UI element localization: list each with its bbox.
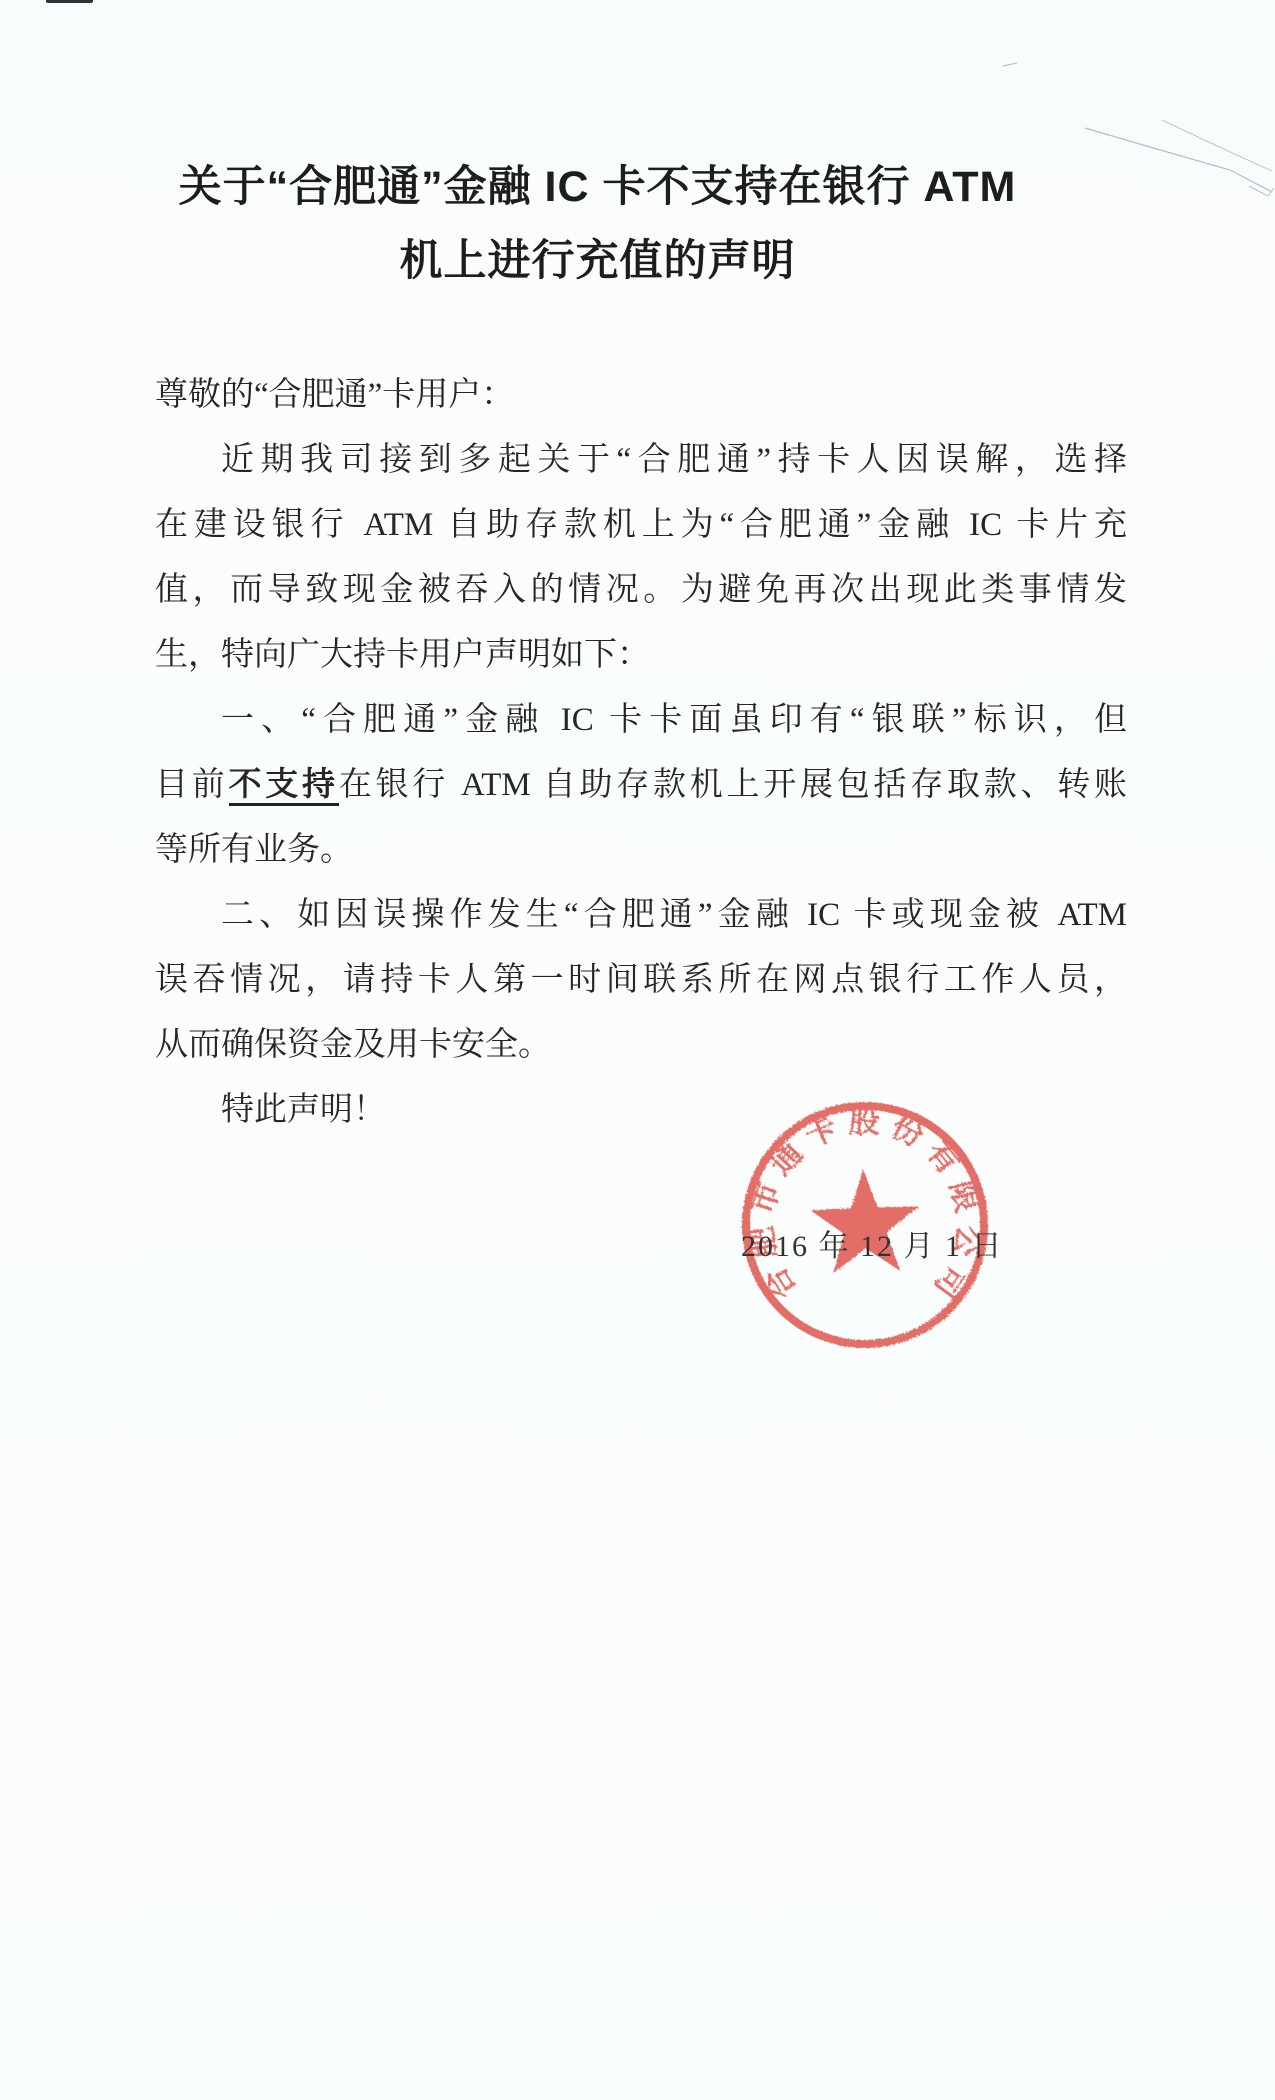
body-line: 一、“合肥通”金融 IC 卡卡面虽印有“银联”标识，但	[155, 688, 1127, 753]
body-line: 误吞情况，请持卡人第一时间联系所在网点银行工作人员，	[155, 948, 1127, 1013]
body-line: 值，而导致现金被吞入的情况。为避免再次出现此类事情发	[155, 558, 1127, 623]
emphasis-suffix: 在银行 ATM 自助存款机上开展包括存取款、转账	[339, 767, 1127, 803]
body-line: 等所有业务。	[155, 818, 1127, 883]
document-date: 2016 年 12 月 1 日	[741, 1221, 1004, 1265]
body-line: 生，特向广大持卡用户声明如下：	[155, 623, 1127, 688]
title-line-2: 机上进行充值的声明	[0, 224, 1195, 298]
body-line: 在建设银行 ATM 自助存款机上为“合肥通”金融 IC 卡片充	[155, 493, 1127, 558]
emphasized-text: 不支持	[229, 767, 339, 806]
body-line: 从而确保资金及用卡安全。	[155, 1013, 1127, 1078]
emphasis-prefix: 目前	[155, 767, 229, 803]
scanned-document-page: 关于“合肥通”金融 IC 卡不支持在银行 ATM 机上进行充值的声明 尊敬的“合…	[0, 0, 1275, 2100]
document-title: 关于“合肥通”金融 IC 卡不支持在银行 ATM 机上进行充值的声明	[0, 150, 1195, 298]
document-body: 尊敬的“合肥通”卡用户： 近期我司接到多起关于“合肥通”持卡人因误解，选择 在建…	[155, 363, 1127, 1143]
body-line-with-emphasis: 目前不支持在银行 ATM 自助存款机上开展包括存取款、转账	[155, 753, 1127, 818]
salutation: 尊敬的“合肥通”卡用户：	[155, 363, 1127, 428]
body-line: 近期我司接到多起关于“合肥通”持卡人因误解，选择	[155, 428, 1127, 493]
title-line-1: 关于“合肥通”金融 IC 卡不支持在银行 ATM	[0, 150, 1195, 224]
body-line: 二、如因误操作发生“合肥通”金融 IC 卡或现金被 ATM	[155, 883, 1127, 948]
